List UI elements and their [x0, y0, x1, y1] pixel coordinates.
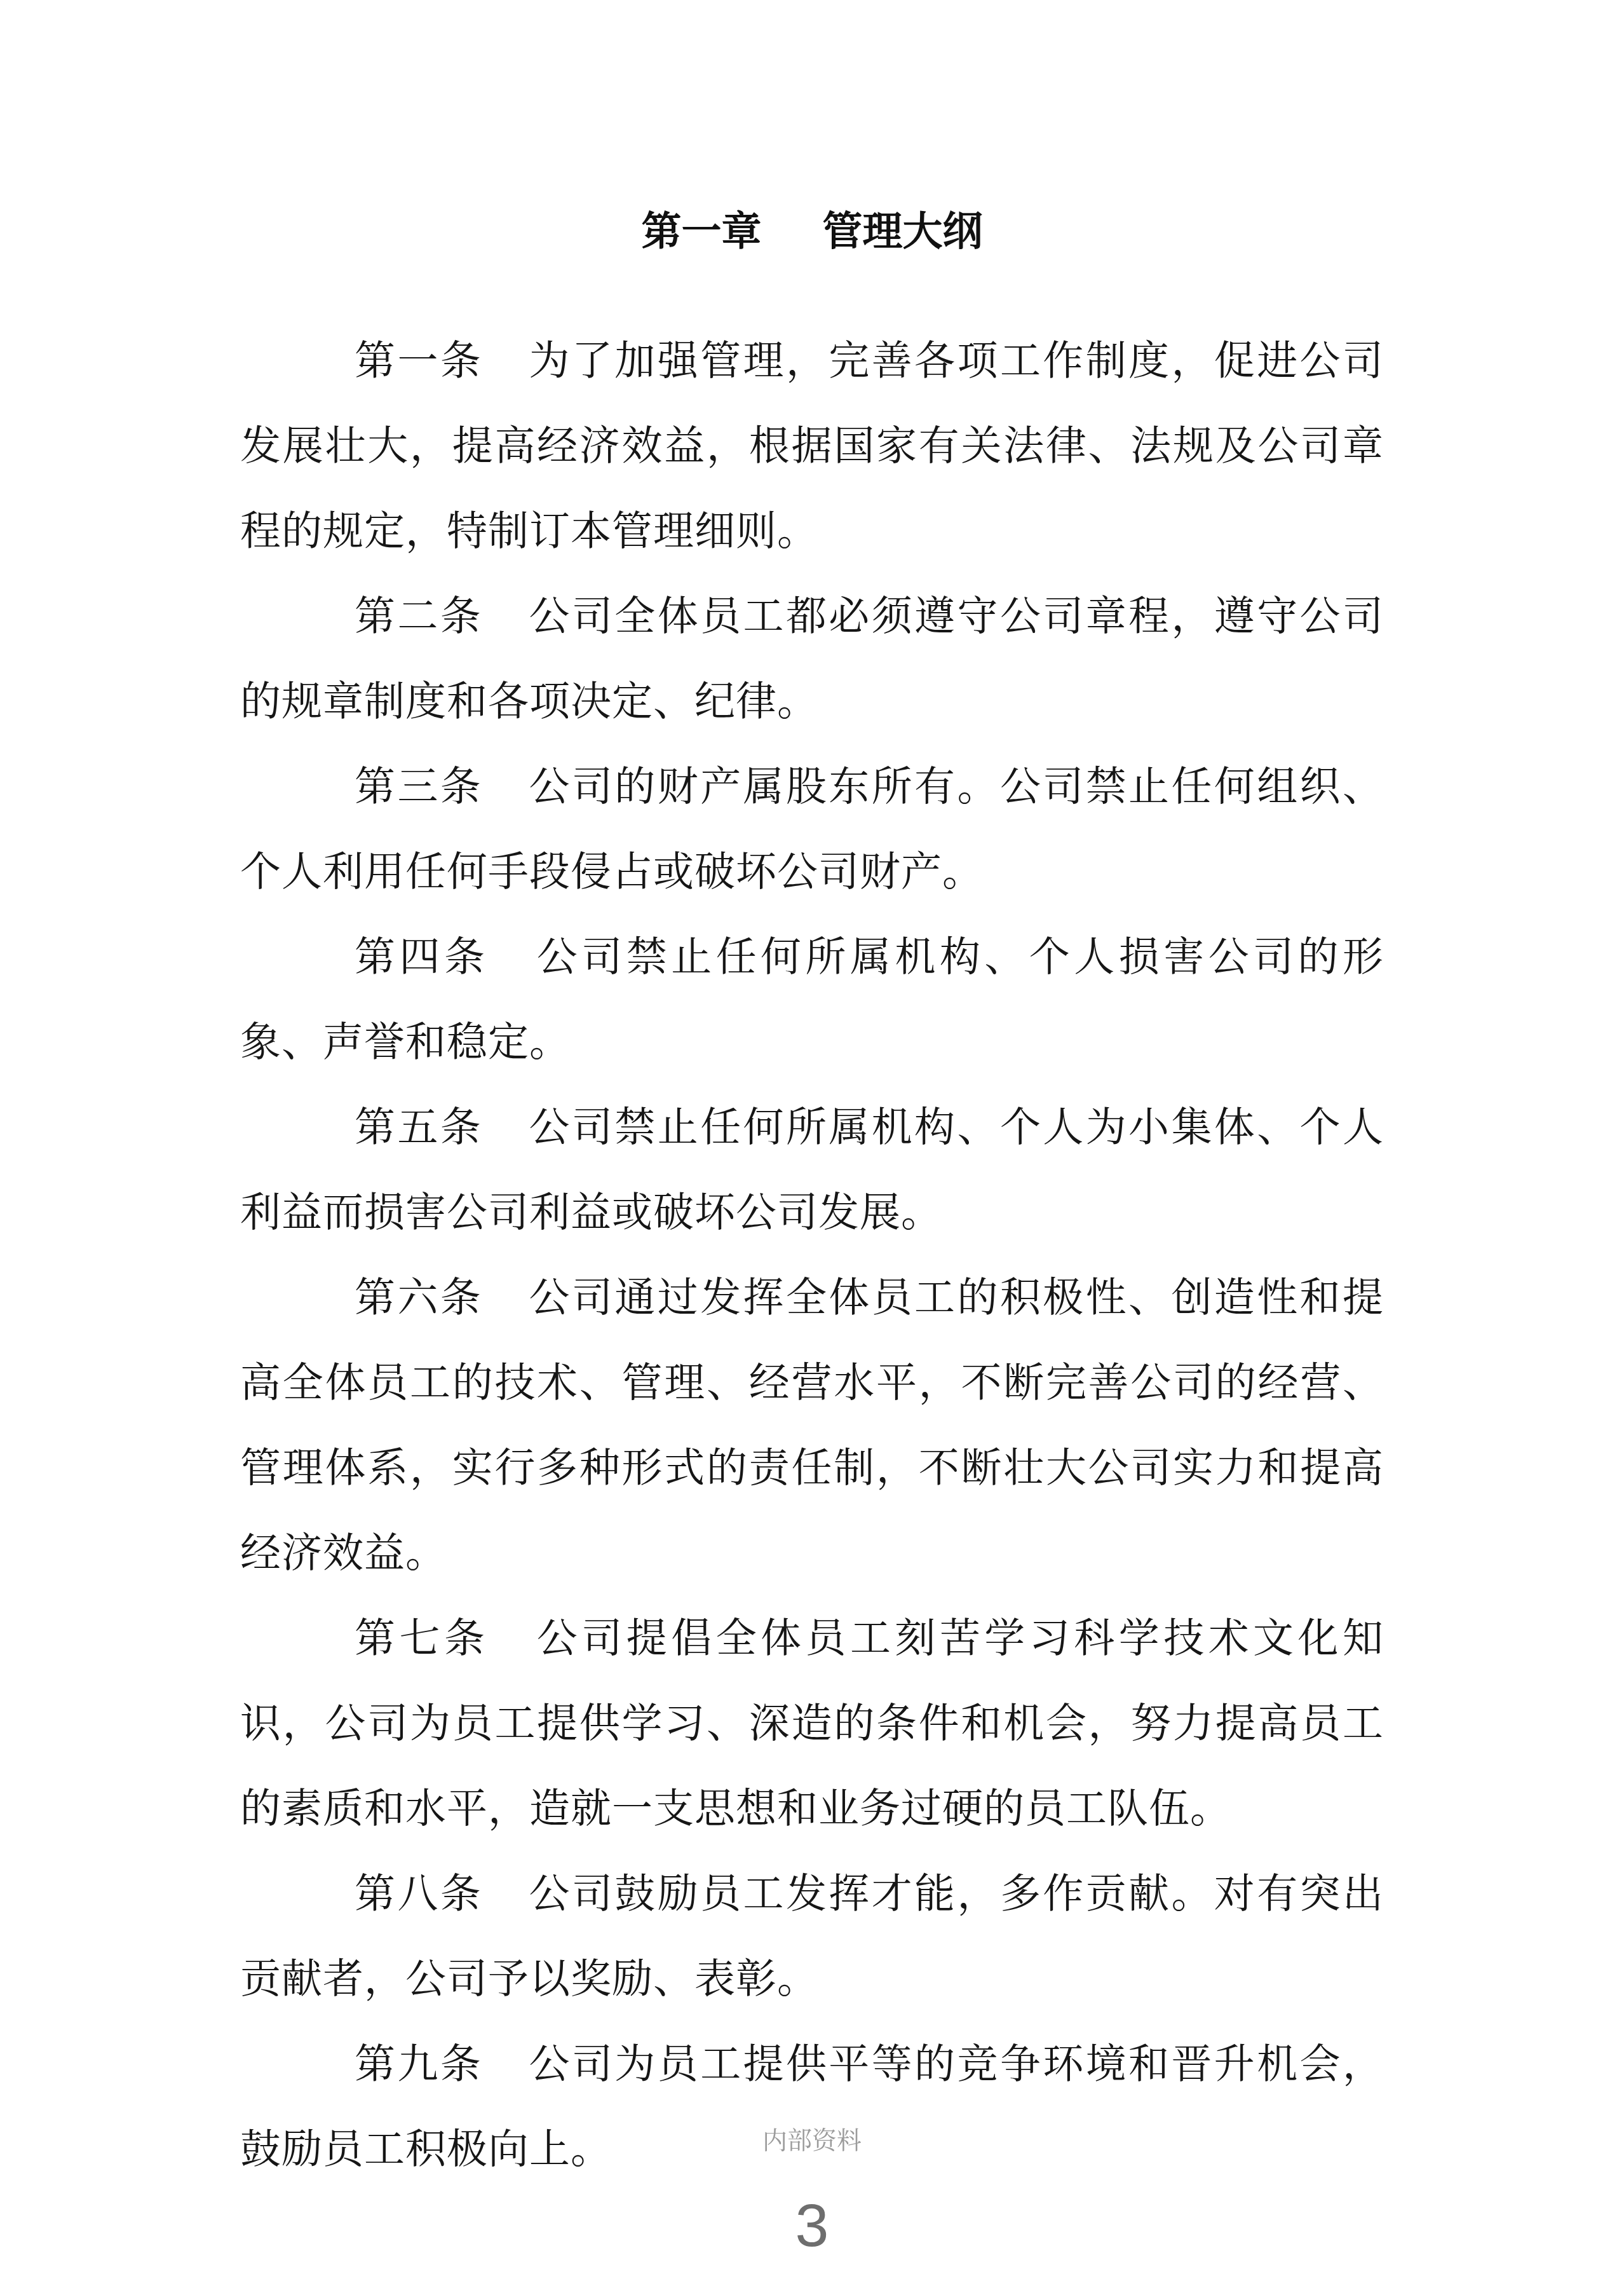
- document-page: 第一章管理大纲 第一条为了加强管理，完善各项工作制度，促进公司发展壮大，提高经济…: [0, 0, 1624, 2288]
- article-number: 第六条: [355, 1274, 483, 1320]
- article-paragraph-9: 第九条公司为员工提供平等的竞争环境和晋升机会，鼓励员工积极向上。: [240, 2021, 1384, 2191]
- article-number: 第一条: [355, 337, 483, 383]
- footer-classification-label: 内部资料: [0, 2128, 1624, 2155]
- article-paragraph-2: 第二条公司全体员工都必须遵守公司章程，遵守公司的规章制度和各项决定、纪律。: [240, 573, 1384, 744]
- article-paragraph-5: 第五条公司禁止任何所属机构、个人为小集体、个人利益而损害公司利益或破坏公司发展。: [240, 1084, 1384, 1255]
- article-number: 第四条: [355, 934, 489, 979]
- chapter-name: 管理大纲: [823, 209, 983, 254]
- article-number: 第三条: [355, 763, 483, 809]
- article-number: 第五条: [355, 1104, 483, 1150]
- article-paragraph-7: 第七条公司提倡全体员工刻苦学习科学技术文化知识，公司为员工提供学习、深造的条件和…: [240, 1595, 1384, 1851]
- page-number: 3: [0, 2193, 1624, 2259]
- article-paragraph-8: 第八条公司鼓励员工发挥才能，多作贡献。对有突出贡献者，公司予以奖励、表彰。: [240, 1851, 1384, 2021]
- article-paragraph-6: 第六条公司通过发挥全体员工的积极性、创造性和提高全体员工的技术、管理、经营水平，…: [240, 1255, 1384, 1595]
- article-paragraph-3: 第三条公司的财产属股东所有。公司禁止任何组织、个人利用任何手段侵占或破坏公司财产…: [240, 744, 1384, 914]
- article-number: 第八条: [355, 1870, 483, 1916]
- document-body: 第一条为了加强管理，完善各项工作制度，促进公司发展壮大，提高经济效益，根据国家有…: [240, 318, 1384, 2191]
- article-number: 第九条: [355, 2041, 483, 2087]
- article-number: 第七条: [355, 1615, 489, 1661]
- chapter-number: 第一章: [642, 209, 762, 254]
- article-paragraph-4: 第四条公司禁止任何所属机构、个人损害公司的形象、声誉和稳定。: [240, 914, 1384, 1084]
- article-paragraph-1: 第一条为了加强管理，完善各项工作制度，促进公司发展壮大，提高经济效益，根据国家有…: [240, 318, 1384, 573]
- article-number: 第二条: [355, 593, 483, 639]
- chapter-title: 第一章管理大纲: [0, 210, 1624, 254]
